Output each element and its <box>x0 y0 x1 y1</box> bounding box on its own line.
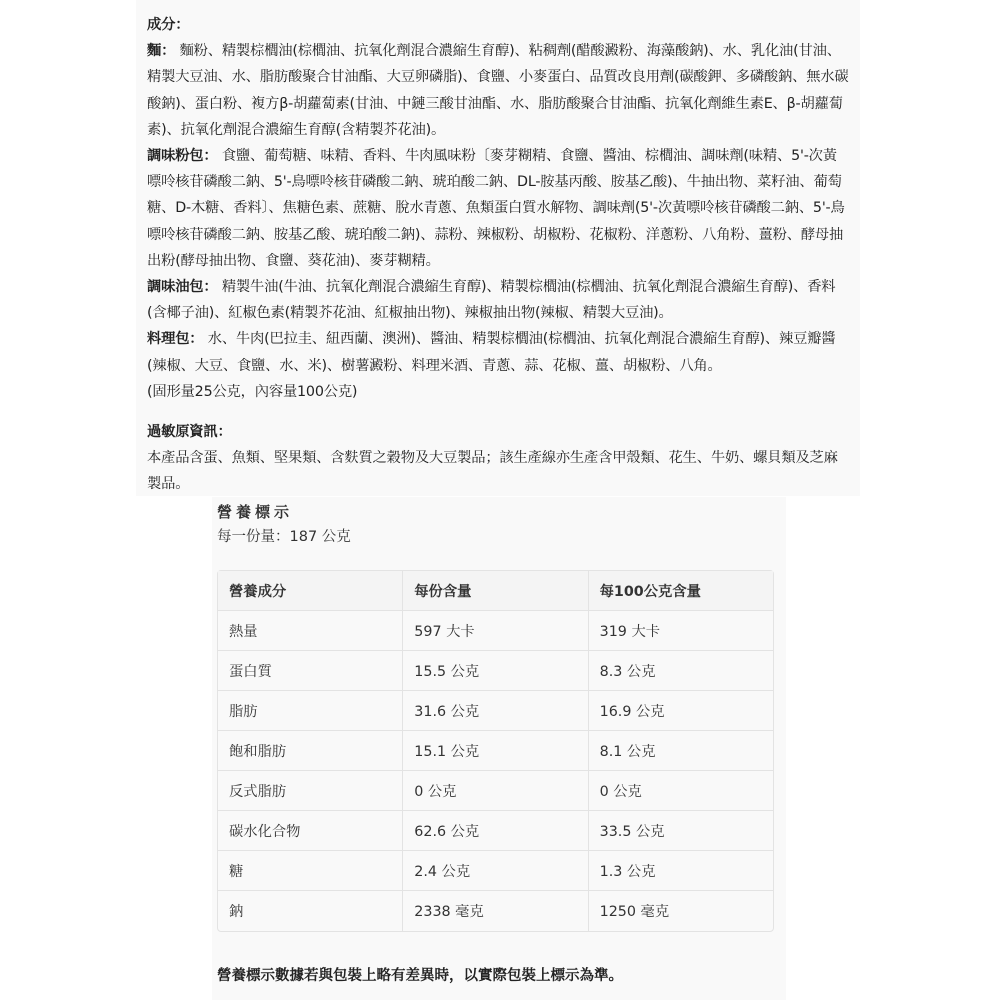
allergen-block: 過敏原資訊： 本產品含蛋、魚類、堅果類、含麩質之穀物及大豆製品；該生產線亦生產含… <box>147 419 850 498</box>
nutrient-name: 飽和脂肪 <box>218 731 403 771</box>
table-row: 碳水化合物 62.6 公克 33.5 公克 <box>218 811 773 851</box>
nutrient-name: 脂肪 <box>218 691 403 731</box>
cooking-pack-text: 水、牛肉(巴拉圭、紐西蘭、澳洲)、醬油、精製棕櫚油(棕櫚油、抗氧化劑混合濃縮生育… <box>147 331 835 373</box>
header-per-100g: 每100公克含量 <box>589 571 773 611</box>
table-row: 鈉 2338 毫克 1250 毫克 <box>218 891 773 931</box>
table-row: 糖 2.4 公克 1.3 公克 <box>218 851 773 891</box>
nutrient-name: 蛋白質 <box>218 651 403 691</box>
ingredients-heading: 成分： <box>147 12 850 38</box>
ingredients-noodles: 麵： 麵粉、精製棕櫚油(棕櫚油、抗氧化劑混合濃縮生育醇)、粘稠劑(醋酸澱粉、海藻… <box>147 38 850 143</box>
per-serving-value: 31.6 公克 <box>403 691 588 731</box>
nutrition-panel: 營養標示 每一份量：187 公克 營養成分 每份含量 每100公克含量 熱量 5… <box>212 497 786 1000</box>
ingredients-panel: 成分： 麵： 麵粉、精製棕櫚油(棕櫚油、抗氧化劑混合濃縮生育醇)、粘稠劑(醋酸澱… <box>136 0 860 496</box>
seasoning-oil-label: 調味油包： <box>147 279 217 295</box>
per-100g-value: 33.5 公克 <box>589 811 773 851</box>
per-serving-value: 15.1 公克 <box>403 731 588 771</box>
cooking-pack-label: 料理包： <box>147 331 203 347</box>
table-row: 熱量 597 大卡 319 大卡 <box>218 611 773 651</box>
per-serving-value: 597 大卡 <box>403 611 588 651</box>
table-row: 飽和脂肪 15.1 公克 8.1 公克 <box>218 731 773 771</box>
per-serving-value: 15.5 公克 <box>403 651 588 691</box>
per-100g-value: 319 大卡 <box>589 611 773 651</box>
per-serving-value: 2.4 公克 <box>403 851 588 891</box>
per-100g-value: 1.3 公克 <box>589 851 773 891</box>
nutrient-name: 鈉 <box>218 891 403 931</box>
per-100g-value: 16.9 公克 <box>589 691 773 731</box>
per-100g-value: 0 公克 <box>589 771 773 811</box>
per-serving-value: 62.6 公克 <box>403 811 588 851</box>
seasoning-powder-label: 調味粉包： <box>147 148 217 164</box>
table-header-row: 營養成分 每份含量 每100公克含量 <box>218 571 773 611</box>
per-100g-value: 8.3 公克 <box>589 651 773 691</box>
per-serving-value: 2338 毫克 <box>403 891 588 931</box>
per-100g-value: 8.1 公克 <box>589 731 773 771</box>
header-nutrient: 營養成分 <box>218 571 403 611</box>
nutrient-name: 碳水化合物 <box>218 811 403 851</box>
noodles-label: 麵： <box>147 43 175 59</box>
seasoning-oil-text: 精製牛油(牛油、抗氧化劑混合濃縮生育醇)、精製棕櫚油(棕櫚油、抗氧化劑混合濃縮生… <box>147 279 835 321</box>
seasoning-powder-text: 食鹽、葡萄糖、味精、香料、牛肉風味粉〔麥芽糊精、食鹽、醬油、棕櫚油、調味劑(味精… <box>147 148 845 269</box>
per-serving-value: 0 公克 <box>403 771 588 811</box>
nutrition-disclaimer: 營養標示數據若與包裝上略有差異時，以實際包裝上標示為準。 <box>217 964 623 985</box>
table-row: 脂肪 31.6 公克 16.9 公克 <box>218 691 773 731</box>
header-per-serving: 每份含量 <box>403 571 588 611</box>
ingredients-seasoning-powder: 調味粉包： 食鹽、葡萄糖、味精、香料、牛肉風味粉〔麥芽糊精、食鹽、醬油、棕櫚油、… <box>147 143 850 274</box>
serving-size: 每一份量：187 公克 <box>217 525 774 549</box>
nutrition-title: 營養標示 <box>217 501 774 523</box>
per-100g-value: 1250 毫克 <box>589 891 773 931</box>
noodles-text: 麵粉、精製棕櫚油(棕櫚油、抗氧化劑混合濃縮生育醇)、粘稠劑(醋酸澱粉、海藻酸鈉)… <box>147 43 849 138</box>
nutrient-name: 熱量 <box>218 611 403 651</box>
allergen-text: 本產品含蛋、魚類、堅果類、含麩質之穀物及大豆製品；該生產線亦生產含甲殼類、花生、… <box>147 445 850 497</box>
nutrition-table: 營養成分 每份含量 每100公克含量 熱量 597 大卡 319 大卡 蛋白質 … <box>217 570 774 932</box>
nutrient-name: 糖 <box>218 851 403 891</box>
table-row: 蛋白質 15.5 公克 8.3 公克 <box>218 651 773 691</box>
ingredients-seasoning-oil: 調味油包： 精製牛油(牛油、抗氧化劑混合濃縮生育醇)、精製棕櫚油(棕櫚油、抗氧化… <box>147 274 850 326</box>
ingredients-cooking-pack: 料理包： 水、牛肉(巴拉圭、紐西蘭、澳洲)、醬油、精製棕櫚油(棕櫚油、抗氧化劑混… <box>147 326 850 378</box>
nutrient-name: 反式脂肪 <box>218 771 403 811</box>
allergen-heading: 過敏原資訊： <box>147 419 850 445</box>
net-weight: (固形量25公克，內容量100公克) <box>147 379 850 405</box>
table-row: 反式脂肪 0 公克 0 公克 <box>218 771 773 811</box>
